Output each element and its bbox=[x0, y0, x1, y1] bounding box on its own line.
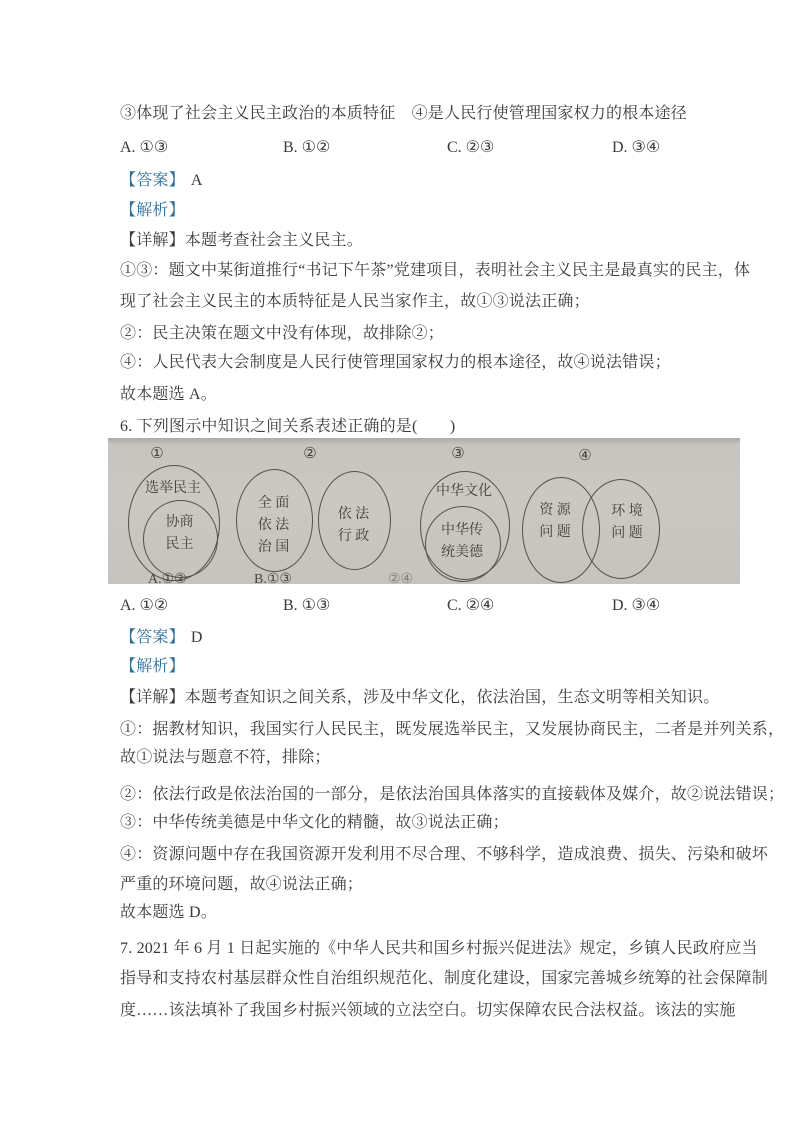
q5-detail-line: 【详解】本题考查社会主义民主。 bbox=[120, 230, 720, 251]
scan-cut-option-b: B.①③ bbox=[254, 571, 292, 584]
exam-document-page: ③体现了社会主义民主政治的本质特征 ④是人民行使管理国家权力的根本途径 A. ①… bbox=[0, 0, 793, 1122]
q6-figure-scan: ① 选举民主 协商 民主 ② 全 面 依 法 治 国 依 法 行 政 ③ 中华文… bbox=[108, 438, 740, 584]
q6-detail-line: ③：中华传统美德是中华文化的精髓，故③说法正确； bbox=[120, 812, 720, 833]
diagram-3-inner-label: 中华传 bbox=[425, 522, 499, 540]
scan-cut-option-a: A.①② bbox=[148, 571, 187, 584]
diagram-4-left-label: 资 源 bbox=[520, 502, 590, 520]
q5-detail-line: ②：民主决策在题文中没有体现，故排除②； bbox=[120, 323, 720, 344]
q6-option-d: D. ③④ bbox=[612, 595, 660, 615]
q6-conclusion-line: 故本题选 D。 bbox=[120, 902, 720, 923]
q5-option-b: B. ①② bbox=[283, 137, 330, 157]
diagram-2-left-label: 依 法 bbox=[236, 517, 311, 535]
q5-analysis-label: 【解析】 bbox=[120, 202, 185, 219]
q6-detail-line: 故①说法与题意不符，排除； bbox=[120, 747, 720, 768]
q7-stem-line: 度……该法填补了我国乡村振兴领域的立法空白。切实保障农民合法权益。该法的实施 bbox=[120, 1000, 720, 1021]
q5-options-row: A. ①③ B. ①② C. ②③ D. ③④ bbox=[120, 137, 740, 158]
q6-answer-label: 【答案】 bbox=[120, 629, 185, 646]
q5-option-d: D. ③④ bbox=[612, 137, 660, 157]
diagram-2-number: ② bbox=[298, 444, 322, 463]
diagram-3-number: ③ bbox=[446, 444, 470, 463]
diagram-1-outer-label: 选举民主 bbox=[132, 480, 214, 498]
diagram-4-right-label: 问 题 bbox=[592, 525, 662, 543]
q6-stem-line: 6. 下列图示中知识之间关系表述正确的是( ) bbox=[120, 416, 720, 437]
q5-detail-line: ①③：题文中某街道推行“书记下午茶”党建项目，表明社会主义民主是最真实的民主，体 bbox=[120, 260, 720, 281]
q5-answer-label: 【答案】 bbox=[120, 172, 185, 189]
scan-cut-option-c: ②④ bbox=[388, 571, 413, 584]
q6-detail-line: 严重的环境问题，故④说法正确； bbox=[120, 874, 720, 895]
q6-option-c: C. ②④ bbox=[447, 595, 494, 615]
q6-options-row: A. ①② B. ①③ C. ②④ D. ③④ bbox=[120, 595, 740, 616]
q6-option-a: A. ①② bbox=[120, 595, 168, 615]
q6-analysis-label: 【解析】 bbox=[120, 658, 185, 675]
q5-analysis-line: 【解析】 bbox=[120, 200, 720, 221]
diagram-1-number: ① bbox=[145, 444, 169, 463]
diagram-2-right-label: 依 法 bbox=[318, 506, 389, 524]
q5-answer-line: 【答案】A bbox=[120, 170, 720, 191]
q7-stem-line: 7. 2021 年 6 月 1 日起实施的《中华人民共和国乡村振兴促进法》规定，… bbox=[120, 938, 720, 959]
diagram-4-left-label: 问 题 bbox=[520, 524, 590, 542]
q6-answer-value: D bbox=[191, 629, 203, 646]
diagram-1-inner-label: 协商 bbox=[143, 514, 216, 532]
q5-answer-value: A bbox=[191, 172, 203, 189]
diagram-2-right-label: 行 政 bbox=[318, 528, 389, 546]
q6-analysis-line: 【解析】 bbox=[120, 656, 720, 677]
diagram-4-right-label: 环 境 bbox=[592, 503, 662, 521]
diagram-1-inner-label: 民主 bbox=[143, 536, 216, 554]
q6-detail-line: ①：据教材知识，我国实行人民民主，既发展选举民主，又发展协商民主，二者是并列关系… bbox=[120, 719, 720, 740]
q6-detail-line: ②：依法行政是依法治国的一部分，是依法治国具体落实的直接载体及媒介，故②说法错误… bbox=[120, 784, 720, 805]
q5-option-c: C. ②③ bbox=[447, 137, 494, 157]
q6-option-b: B. ①③ bbox=[283, 595, 330, 615]
q5-conclusion-line: 故本题选 A。 bbox=[120, 384, 720, 405]
q7-stem-line: 指导和支持农村基层群众性自治组织规范化、制度化建设，国家完善城乡统筹的社会保障制 bbox=[120, 968, 720, 989]
diagram-3-inner-label: 统美德 bbox=[425, 544, 499, 562]
q5-detail-line: ④：人民代表大会制度是人民行使管理国家权力的根本途径，故④说法错误； bbox=[120, 352, 720, 373]
q5-stem-line: ③体现了社会主义民主政治的本质特征 ④是人民行使管理国家权力的根本途径 bbox=[120, 103, 720, 124]
q6-answer-line: 【答案】D bbox=[120, 627, 720, 648]
diagram-2-left-label: 治 国 bbox=[236, 539, 311, 557]
q5-option-a: A. ①③ bbox=[120, 137, 168, 157]
q6-detail-line: ④：资源问题中存在我国资源开发利用不尽合理、不够科学，造成浪费、损失、污染和破坏 bbox=[120, 844, 720, 865]
diagram-3-outer-label: 中华文化 bbox=[422, 483, 506, 501]
diagram-2-left-label: 全 面 bbox=[236, 495, 311, 513]
q5-detail-line: 现了社会主义民主的本质特征是人民当家作主，故①③说法正确； bbox=[120, 291, 720, 312]
q6-detail-line: 【详解】本题考查知识之间关系，涉及中华文化，依法治国，生态文明等相关知识。 bbox=[120, 687, 720, 708]
diagram-4-number: ④ bbox=[573, 446, 597, 465]
